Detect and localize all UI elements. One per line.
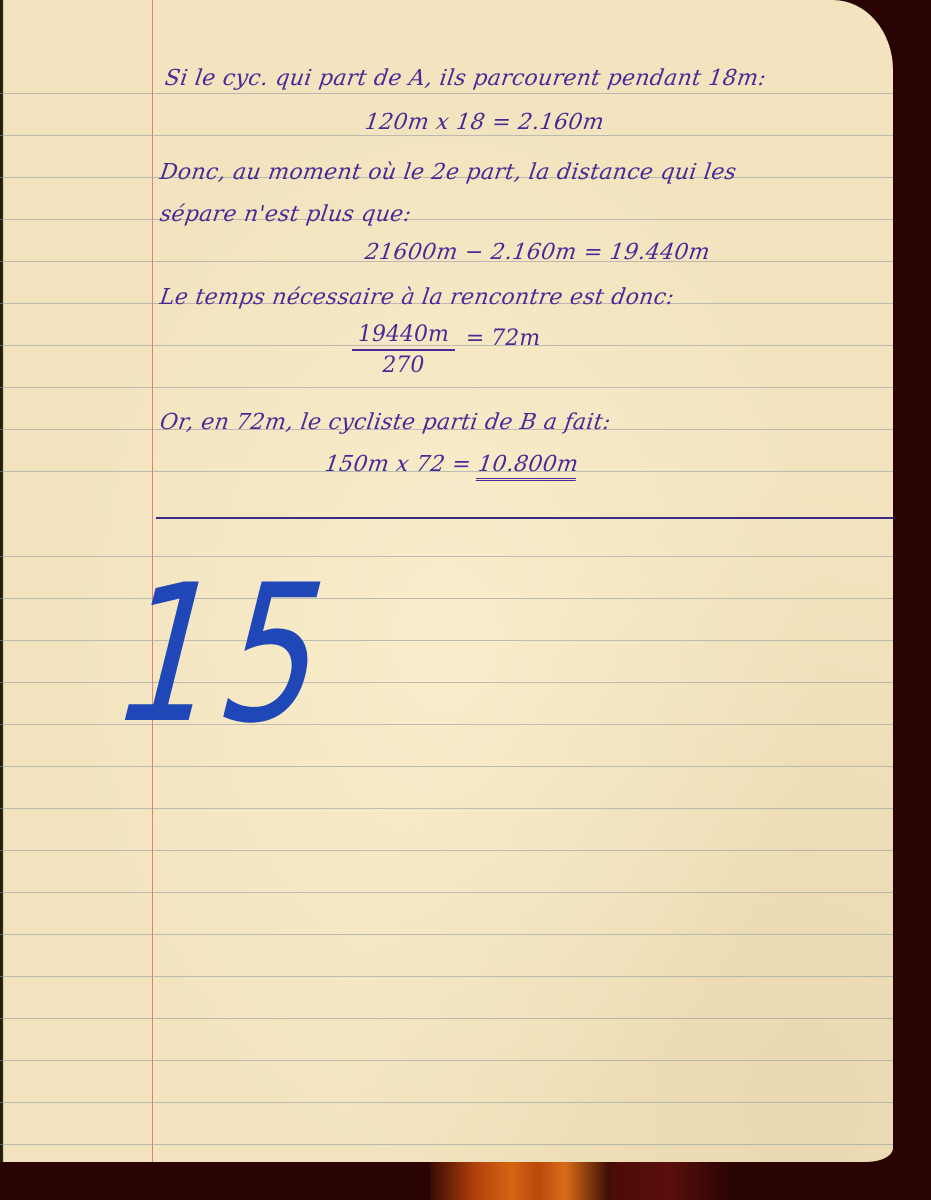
ruled-line xyxy=(0,1018,893,1019)
ruled-line xyxy=(0,1144,893,1145)
ruled-line xyxy=(0,976,893,977)
ruled-line xyxy=(0,766,893,767)
ruled-line xyxy=(0,556,893,557)
handwritten-final-equation: 150m x 72 = 10.800m xyxy=(323,452,580,477)
handwritten-line-4: Le temps nécessaire à la rencontre est d… xyxy=(158,285,676,310)
handwritten-fraction: 19440m 270 = 72m xyxy=(352,322,540,378)
ruled-line xyxy=(0,219,893,220)
ruled-line xyxy=(0,1060,893,1061)
ruled-line xyxy=(0,1102,893,1103)
fraction-result: = 72m xyxy=(466,322,540,351)
grade-mark: 15 xyxy=(98,560,355,750)
fraction-denominator: 270 xyxy=(352,351,455,378)
ruled-line xyxy=(0,135,893,136)
ruled-line xyxy=(0,387,893,388)
handwritten-line-2: Donc, au moment où le 2e part, la distan… xyxy=(158,160,738,185)
ruled-line xyxy=(0,93,893,94)
section-separator-line xyxy=(156,517,893,519)
handwritten-equation-2: 21600m − 2.160m = 19.440m xyxy=(363,240,711,265)
ruled-line xyxy=(0,892,893,893)
handwritten-line-3: sépare n'est plus que: xyxy=(158,202,413,227)
page-binding-edge xyxy=(0,0,4,1162)
background-shadow xyxy=(610,1160,730,1200)
handwritten-line-1: Si le cyc. qui part de A, ils parcourent… xyxy=(163,66,768,91)
fraction-numerator: 19440m xyxy=(352,322,455,351)
background-light-glow xyxy=(430,1160,610,1200)
ruled-line xyxy=(0,850,893,851)
handwritten-equation-1: 120m x 18 = 2.160m xyxy=(363,110,605,135)
final-answer: 10.800m xyxy=(476,452,580,481)
ruled-line xyxy=(0,598,893,599)
handwritten-line-5: Or, en 72m, le cycliste parti de B a fai… xyxy=(158,410,612,435)
notebook-page: Si le cyc. qui part de A, ils parcourent… xyxy=(0,0,893,1162)
ruled-line xyxy=(0,808,893,809)
final-equation-prefix: 150m x 72 = xyxy=(323,452,480,477)
ruled-line xyxy=(0,934,893,935)
